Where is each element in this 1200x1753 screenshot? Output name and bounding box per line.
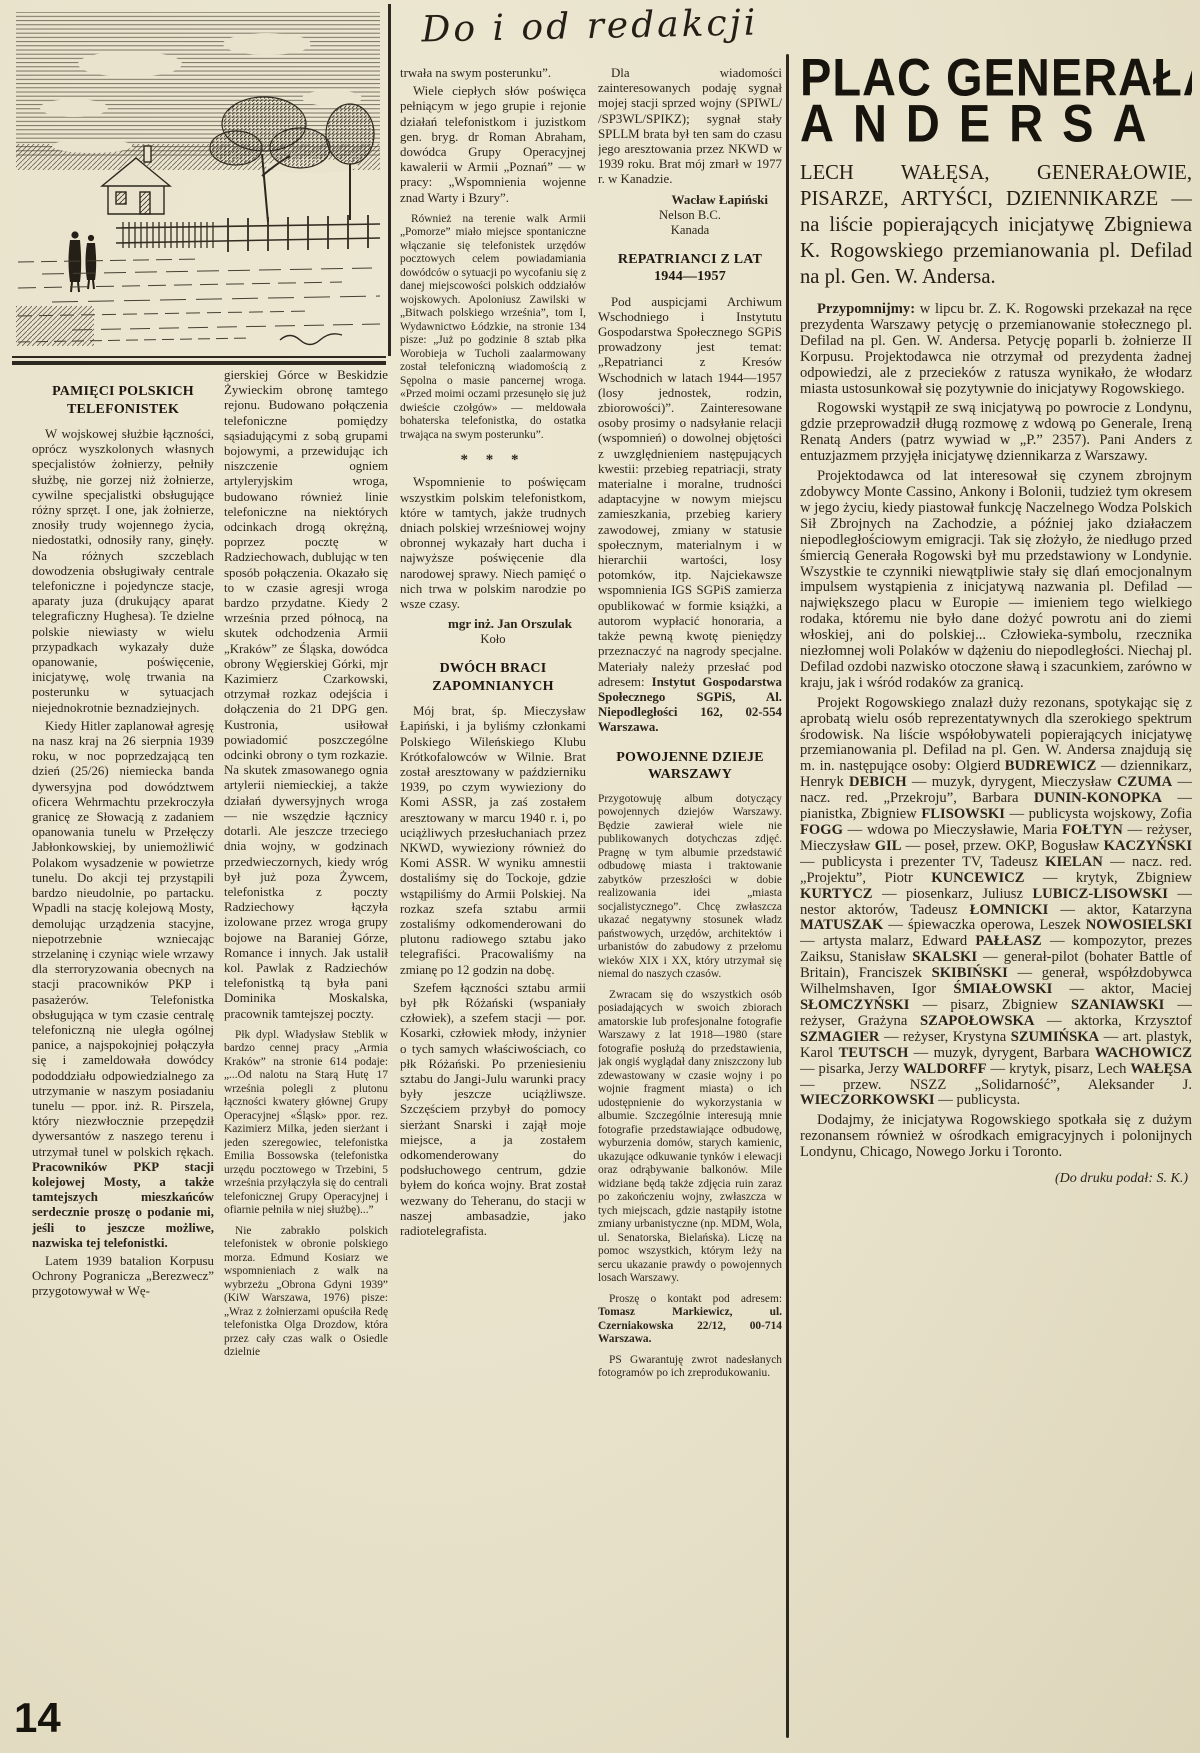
paragraph: Zwracam się do wszystkich osób posiadają… xyxy=(598,989,782,1286)
column-4: Dla wiadomości zainteresowanych podaję s… xyxy=(598,66,782,1738)
article-title-telefonistki: PAMIĘCI POLSKICH TELEFONISTEK xyxy=(36,383,210,418)
lead-paragraph: LECH WAŁĘSA, GENERAŁOWIE, PISARZE, ARTYŚ… xyxy=(800,160,1192,290)
paragraph: mgr inż. Jan Orszulak xyxy=(400,616,586,632)
paragraph: * * * xyxy=(400,452,586,469)
column-divider xyxy=(786,54,789,1738)
rule-thin xyxy=(12,356,386,358)
page-number: 14 xyxy=(14,1694,61,1742)
anders-article: PLAC GENERAŁA ANDERSA LECH WAŁĘSA, GENER… xyxy=(800,52,1192,1744)
paragraph: Latem 1939 batalion Korpusu Ochrony Pogr… xyxy=(32,1254,214,1300)
paragraph: Nelson B.C. xyxy=(598,208,782,223)
paragraph: Również na terenie walk Armii „Pomorze” … xyxy=(400,213,586,443)
vertical-rule-top xyxy=(388,4,391,356)
editor-note: (Do druku podał: S. K.) xyxy=(800,1171,1192,1187)
paragraph: Rogowski wystąpił ze swą inicjatywą po p… xyxy=(800,401,1192,465)
engraving-illustration xyxy=(12,6,386,354)
paragraph: Kanada xyxy=(598,223,782,238)
paragraph: Przypomnijmy: w lipcu br. Z. K. Rogowski… xyxy=(800,302,1192,397)
paragraph: Wspomnienie to poświęcam wszystkim polsk… xyxy=(400,475,586,612)
paragraph: trwała na swym posterunku”. xyxy=(400,66,586,81)
headline-line-2: ANDERSA xyxy=(800,98,1192,150)
paragraph: W wojskowej służbie łączności, oprócz wy… xyxy=(32,427,214,716)
paragraph: Płk dypl. Władysław Steblik w bardzo cen… xyxy=(224,1029,388,1218)
rule-thick xyxy=(12,361,386,365)
paragraph: Koło xyxy=(400,632,586,647)
paragraph: Pod auspicjami Archiwum Wschodniego i In… xyxy=(598,295,782,736)
paragraph: gierskiej Górce w Beskidzie Żywieckim ob… xyxy=(224,368,388,1022)
paragraph: Projektodawca od lat interesował się czy… xyxy=(800,469,1192,692)
paragraph: Mój brat, śp. Mieczysław Łapiński, i ja … xyxy=(400,704,586,978)
article-title-repatrianci: REPATRIANCI Z LAT 1944—1957 xyxy=(602,251,778,286)
newspaper-page: Do i od redakcji PAMIĘCI POLSKICH TELEFO… xyxy=(0,0,1200,1753)
paragraph: Proszę o kontakt pod adresem: Tomasz Mar… xyxy=(598,1293,782,1347)
paragraph: PS Gwarantuję zwrot nadesłanych fotogram… xyxy=(598,1354,782,1381)
paragraph: Dodajmy, że inicjatywa Rogowskiego spotk… xyxy=(800,1113,1192,1161)
column-3: trwała na swym posterunku”.Wiele ciepłyc… xyxy=(400,66,586,1730)
artist-signature xyxy=(280,334,342,345)
anders-article-body: LECH WAŁĘSA, GENERAŁOWIE, PISARZE, ARTYŚ… xyxy=(800,160,1192,1187)
section-header: Do i od redakcji xyxy=(397,2,782,64)
paragraph: Wiele ciepłych słów poświęca pełniącym w… xyxy=(400,84,586,206)
paragraph: Przygotowuję album dotyczący powojennych… xyxy=(598,793,782,982)
paragraph: Nie zabrakło polskich telefonistek w obr… xyxy=(224,1225,388,1360)
paragraph: Wacław Łapiński xyxy=(598,192,782,208)
article-title-dwoch-braci: DWÓCH BRACI ZAPOMNIANYCH xyxy=(404,660,582,695)
column-2: gierskiej Górce w Beskidzie Żywieckim ob… xyxy=(224,368,388,1698)
article-title-powojenne: POWOJENNE DZIEJE WARSZAWY xyxy=(602,749,778,784)
paragraph: Dla wiadomości zainteresowanych podaję s… xyxy=(598,66,782,188)
paragraph: Kiedy Hitler zaplanował agresję na nasz … xyxy=(32,719,214,1251)
paragraph: Projekt Rogowskiego znalazł duży rezonan… xyxy=(800,696,1192,1110)
engraving-illustration-art xyxy=(12,6,386,354)
column-1: PAMIĘCI POLSKICH TELEFONISTEKW wojskowej… xyxy=(32,370,214,1688)
paragraph: Szefem łączności sztabu armii był płk Ró… xyxy=(400,981,586,1239)
